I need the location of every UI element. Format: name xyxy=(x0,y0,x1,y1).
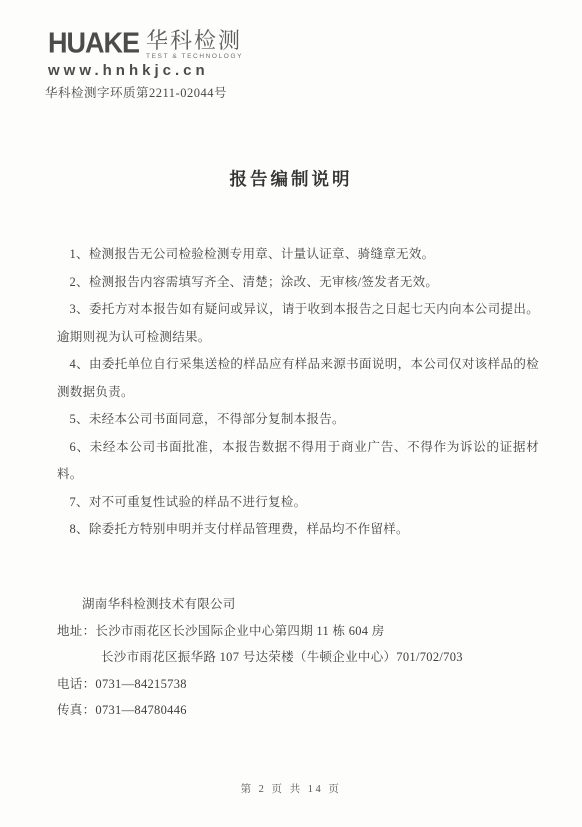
company-logo: HUAKE 华科检测 TEST & TECHNOLOGY www.hnhkjc.… xyxy=(48,30,243,79)
logo-row: HUAKE 华科检测 TEST & TECHNOLOGY xyxy=(48,30,243,60)
phone-line: 电话：0731—84215738 xyxy=(57,671,539,698)
page-title: 报告编制说明 xyxy=(0,166,582,191)
note-item-4: 4、由委托单位自行采集送检的样品应有样品来源书面说明，本公司仅对该样品的检测数据… xyxy=(57,351,539,406)
note-item-8: 8、除委托方特别申明并支付样品管理费，样品均不作留样。 xyxy=(57,516,539,544)
contact-block: 湖南华科检测技术有限公司 地址：长沙市雨花区长沙国际企业中心第四期 11 栋 6… xyxy=(57,591,539,724)
logo-chinese-column: 华科检测 TEST & TECHNOLOGY xyxy=(146,30,243,60)
note-item-2: 2、检测报告内容需填写齐全、清楚；涂改、无审核/签发者无效。 xyxy=(57,269,539,297)
note-item-6: 6、未经本公司书面批准，本报告数据不得用于商业广告、不得作为诉讼的证据材料。 xyxy=(57,434,539,489)
company-name: 湖南华科检测技术有限公司 xyxy=(57,591,539,618)
fax-line: 传真：0731—84780446 xyxy=(57,697,539,724)
report-registration-number: 华科检测字环质第2211-02044号 xyxy=(45,83,227,101)
report-notes-list: 1、检测报告无公司检验检测专用章、计量认证章、骑缝章无效。 2、检测报告内容需填… xyxy=(57,241,539,544)
logo-tagline: TEST & TECHNOLOGY xyxy=(146,53,243,60)
report-page: HUAKE 华科检测 TEST & TECHNOLOGY www.hnhkjc.… xyxy=(0,0,582,827)
logo-chinese-name: 华科检测 xyxy=(146,30,243,52)
logo-website: www.hnhkjc.cn xyxy=(48,62,243,79)
address-line-1: 地址：长沙市雨花区长沙国际企业中心第四期 11 栋 604 房 xyxy=(57,618,539,645)
note-item-1: 1、检测报告无公司检验检测专用章、计量认证章、骑缝章无效。 xyxy=(57,241,539,269)
note-item-7: 7、对不可重复性试验的样品不进行复检。 xyxy=(57,489,539,517)
page-number: 第 2 页 共 14 页 xyxy=(0,781,582,796)
note-item-3: 3、委托方对本报告如有疑问或异议，请于收到本报告之日起七天内向本公司提出。逾期则… xyxy=(57,296,539,351)
note-item-5: 5、未经本公司书面同意，不得部分复制本报告。 xyxy=(57,406,539,434)
address-line-2: 长沙市雨花区振华路 107 号达荣楼（牛顿企业中心）701/702/703 xyxy=(57,644,539,671)
logo-latin-wordmark: HUAKE xyxy=(48,29,139,57)
